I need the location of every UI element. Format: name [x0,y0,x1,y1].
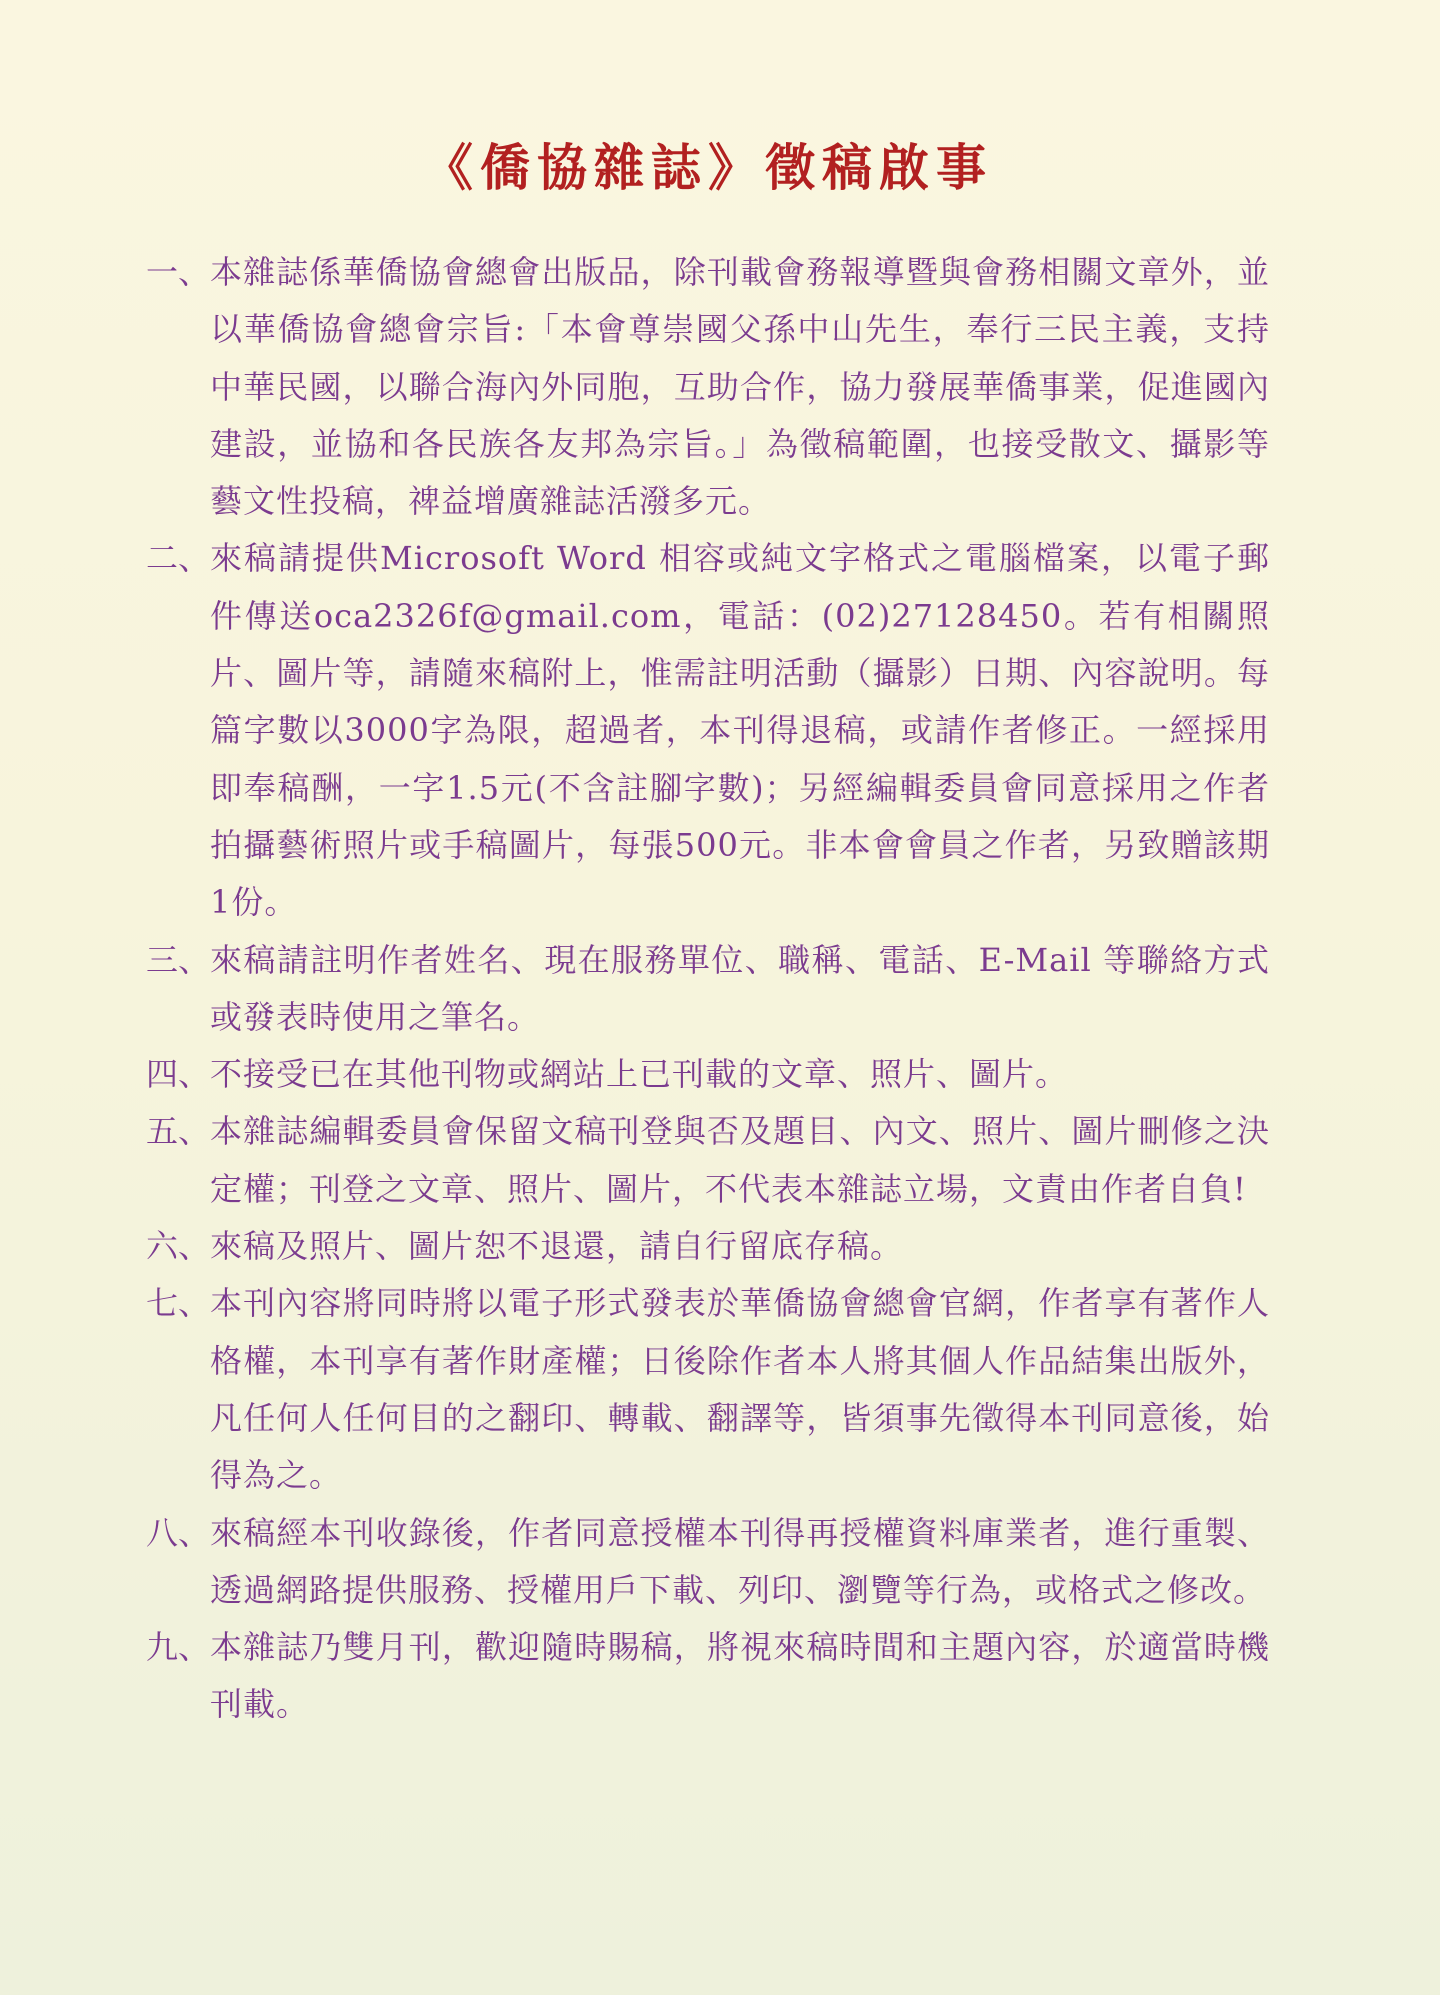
page-title: 《僑協雜誌》徵稿啟事 [146,138,1270,198]
item-marker: 四、 [146,1046,210,1103]
notice-item: 一、 本雜誌係華僑協會總會出版品，除刊載會務報導暨與會務相關文章外，並以華僑協會… [146,244,1270,530]
item-marker: 三、 [146,932,210,989]
item-text: 不接受已在其他刊物或網站上已刊載的文章、照片、圖片。 [210,1046,1270,1103]
notice-page: 《僑協雜誌》徵稿啟事 一、 本雜誌係華僑協會總會出版品，除刊載會務報導暨與會務相… [0,0,1440,1995]
item-marker: 七、 [146,1275,210,1332]
item-text: 本雜誌乃雙月刊，歡迎隨時賜稿，將視來稿時間和主題內容，於適當時機刊載。 [210,1619,1270,1734]
notice-list: 一、 本雜誌係華僑協會總會出版品，除刊載會務報導暨與會務相關文章外，並以華僑協會… [146,244,1270,1734]
item-text: 來稿請註明作者姓名、現在服務單位、職稱、電話、E-Mail 等聯絡方式或發表時使… [210,932,1270,1047]
notice-item: 九、 本雜誌乃雙月刊，歡迎隨時賜稿，將視來稿時間和主題內容，於適當時機刊載。 [146,1619,1270,1734]
item-text: 來稿及照片、圖片恕不退還，請自行留底存稿。 [210,1218,1270,1275]
notice-item: 六、 來稿及照片、圖片恕不退還，請自行留底存稿。 [146,1218,1270,1275]
notice-item: 二、 來稿請提供Microsoft Word 相容或純文字格式之電腦檔案，以電子… [146,530,1270,931]
item-marker: 六、 [146,1218,210,1275]
item-marker: 一、 [146,244,210,301]
notice-item: 四、 不接受已在其他刊物或網站上已刊載的文章、照片、圖片。 [146,1046,1270,1103]
item-text: 本刊內容將同時將以電子形式發表於華僑協會總會官網，作者享有著作人格權，本刊享有著… [210,1275,1270,1504]
item-marker: 五、 [146,1103,210,1160]
item-text: 來稿經本刊收錄後，作者同意授權本刊得再授權資料庫業者，進行重製、透過網路提供服務… [210,1505,1270,1620]
notice-item: 八、 來稿經本刊收錄後，作者同意授權本刊得再授權資料庫業者，進行重製、透過網路提… [146,1505,1270,1620]
item-marker: 八、 [146,1505,210,1562]
item-marker: 二、 [146,530,210,587]
notice-item: 七、 本刊內容將同時將以電子形式發表於華僑協會總會官網，作者享有著作人格權，本刊… [146,1275,1270,1504]
item-text: 本雜誌編輯委員會保留文稿刊登與否及題目、內文、照片、圖片刪修之決定權；刊登之文章… [210,1103,1270,1218]
item-text: 來稿請提供Microsoft Word 相容或純文字格式之電腦檔案，以電子郵件傳… [210,530,1270,931]
notice-item: 五、 本雜誌編輯委員會保留文稿刊登與否及題目、內文、照片、圖片刪修之決定權；刊登… [146,1103,1270,1218]
notice-item: 三、 來稿請註明作者姓名、現在服務單位、職稱、電話、E-Mail 等聯絡方式或發… [146,932,1270,1047]
item-text: 本雜誌係華僑協會總會出版品，除刊載會務報導暨與會務相關文章外，並以華僑協會總會宗… [210,244,1270,530]
item-marker: 九、 [146,1619,210,1676]
